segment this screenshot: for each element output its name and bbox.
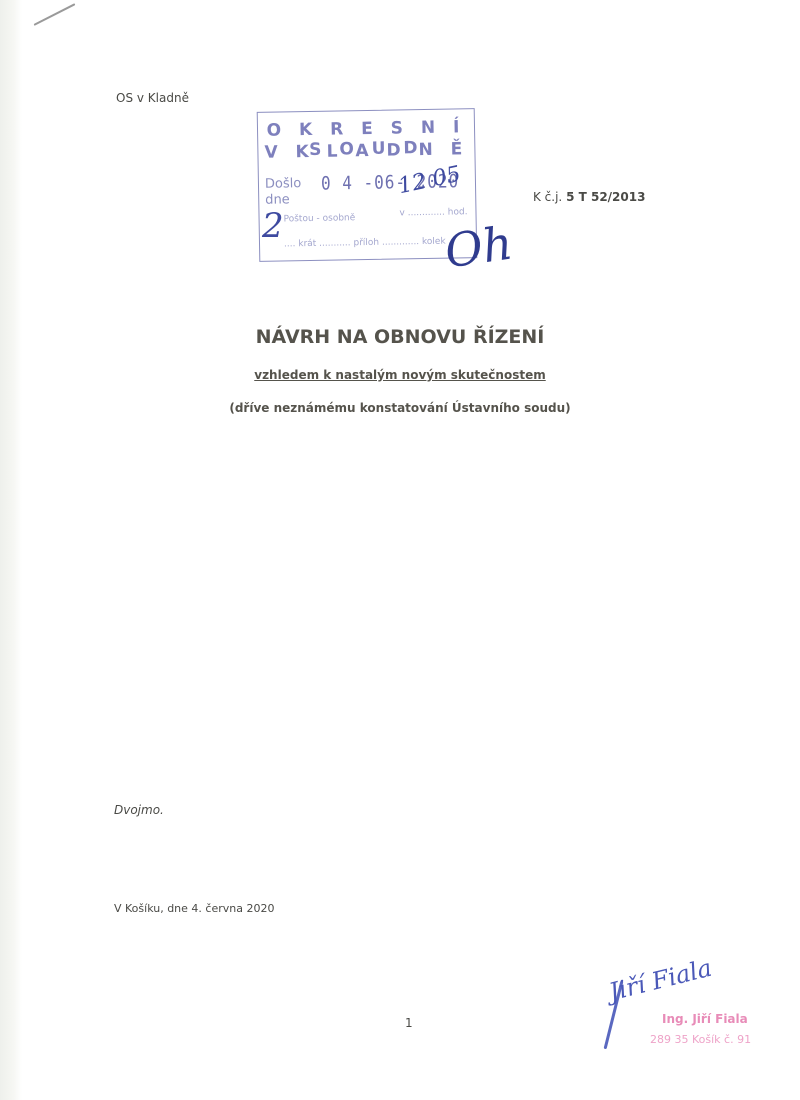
case-reference-number: 5 T 52/2013 bbox=[566, 190, 645, 204]
stamp-received-label: Došlo bbox=[265, 176, 302, 192]
copies-note: Dvojmo. bbox=[114, 803, 164, 817]
document-subtitle-note: (dříve neznámému konstatování Ústavního … bbox=[0, 401, 800, 415]
stamp-counts-label: .... krát ........... příloh ...........… bbox=[284, 237, 446, 250]
stamp-court-city: V K L A D N Ě bbox=[258, 139, 474, 163]
document-title: NÁVRH NA OBNOVU ŘÍZENÍ bbox=[0, 326, 800, 348]
case-reference-prefix: K č.j. bbox=[533, 190, 562, 204]
addressee: OS v Kladně bbox=[116, 91, 189, 105]
signer-name-stamp: Ing. Jiří Fiala bbox=[662, 1012, 748, 1026]
handwritten-count: 2 bbox=[262, 206, 284, 246]
handwritten-signature: Jiří Fiala bbox=[606, 954, 714, 1006]
document-subtitle: vzhledem k nastalým novým skutečnostem bbox=[0, 368, 800, 382]
scan-edge-shadow bbox=[0, 0, 22, 1100]
stamp-hour-label: v ............. hod. bbox=[399, 207, 467, 218]
signer-address-stamp: 289 35 Košík č. 91 bbox=[650, 1033, 751, 1046]
handwritten-initials: Oh bbox=[442, 216, 516, 279]
case-reference: K č.j. 5 T 52/2013 bbox=[533, 190, 645, 204]
pen-mark bbox=[34, 3, 76, 26]
page-number: 1 bbox=[405, 1016, 413, 1030]
place-and-date: V Košíku, dne 4. června 2020 bbox=[114, 902, 274, 915]
stamp-delivery-label: Poštou - osobně bbox=[284, 213, 356, 224]
